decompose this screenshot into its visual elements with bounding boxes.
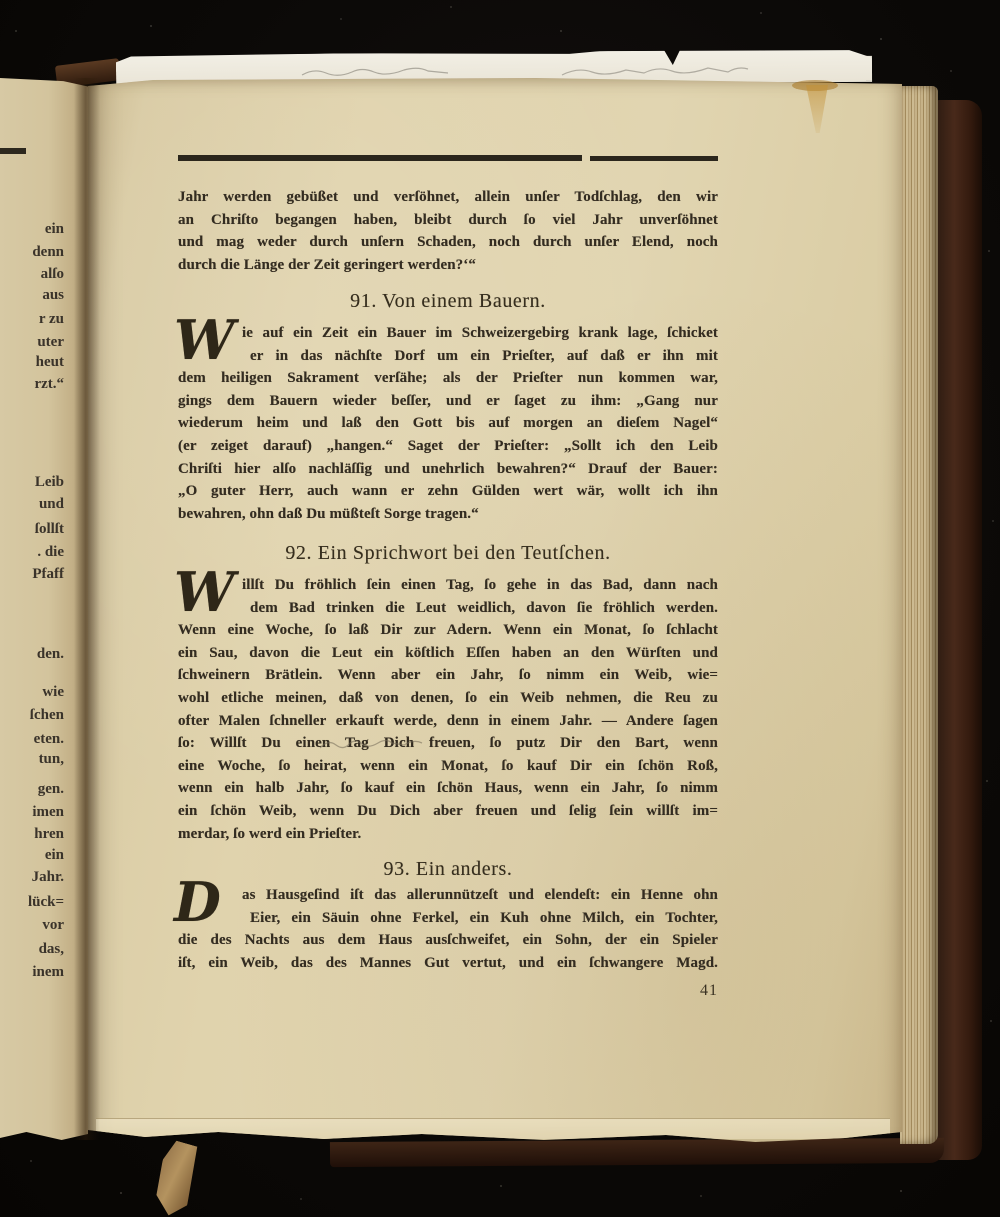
pencil-mark — [560, 62, 750, 80]
left-page-text-fragment: . die — [37, 544, 64, 561]
text-line: bewahren, ohn daß Du müßteſt Sorge trage… — [178, 503, 718, 526]
head-rule-segment — [178, 155, 582, 161]
left-page-text-fragment: r zu — [39, 311, 64, 328]
left-page-text-fragment: das, — [39, 941, 64, 958]
text-line: wohl etliche meinen, daß von denen, ſo e… — [178, 687, 718, 710]
text-line: Eier, ein Säuin ohne Ferkel, ein Kuh ohn… — [178, 907, 718, 930]
drop-cap-initial: W — [174, 313, 235, 367]
text-line: dem Bad trinken die Leut weidlich, davon… — [178, 597, 718, 620]
page-fore-edge — [900, 86, 938, 1144]
text-line: eine Woche, ſo heirat, wenn ein Monat, ſ… — [178, 755, 718, 778]
section-92-paragraph: W illſt Du fröhlich ſein einen Tag, ſo g… — [178, 574, 718, 845]
page-number: 41 — [178, 982, 726, 1000]
book-cover-bottom — [330, 1138, 944, 1167]
left-page-text-fragment: den. — [37, 646, 64, 663]
left-page-text-fragment: tun, — [39, 751, 64, 768]
text-line: Jahr werden gebüßet und verſöhnet, allei… — [178, 186, 718, 209]
text-line: „O guter Herr, auch wann er zehn Gülden … — [178, 480, 718, 503]
left-page-text-fragment: vor — [42, 917, 64, 934]
text-line: iſt, ein Weib, das des Mannes Gut vertut… — [178, 952, 718, 975]
text-line: er in das nächſte Dorf um ein Prieſter, … — [178, 345, 718, 368]
continuation-paragraph: Jahr werden gebüßet und verſöhnet, allei… — [178, 186, 718, 276]
left-page-rule-fragment — [0, 148, 26, 154]
left-page-text-fragment: aus — [42, 287, 64, 304]
left-page-text-fragment: lück= — [28, 894, 64, 911]
text-line: an Chriſto begangen haben, bleibt durch … — [178, 209, 718, 232]
text-line: (er zeiget darauf) „hangen.“ Saget der P… — [178, 435, 718, 458]
left-page-sliver: ein denn alſo aus r zu uter heut rzt.“ L… — [0, 78, 88, 1140]
text-line: Chriſti hier alſo nachläſſig und unehrli… — [178, 458, 718, 481]
page-bottom-crease — [96, 1118, 890, 1139]
section-91-paragraph: W ie auf ein Zeit ein Bauer im Schweizer… — [178, 322, 718, 525]
text-line: dem heiligen Sakrament verſähe; als der … — [178, 367, 718, 390]
section-heading-93: 93. Ein anders. — [178, 856, 718, 882]
text-line: wiederum heim und laß den Gott bis auf m… — [178, 412, 718, 435]
text-line: ſchweinern Brätlein. Wenn aber ein Jahr,… — [178, 664, 718, 687]
dust-specks — [0, 0, 2, 2]
left-page-text-fragment: wie — [42, 684, 64, 701]
text-line: durch die Länge der Zeit geringert werde… — [178, 254, 718, 277]
right-page: Jahr werden gebüßet und verſöhnet, allei… — [88, 78, 902, 1142]
left-page-text-fragment: denn — [32, 244, 64, 261]
text-line: merdar, ſo werd ein Prieſter. — [178, 823, 718, 846]
left-page-text-fragment: Leib — [35, 474, 64, 491]
left-page-text-fragment: inem — [32, 964, 64, 981]
text-line: und mag weder durch unſern Schaden, noch… — [178, 231, 718, 254]
text-line: ein Sau, davon die Leut ein köſtlich Eſſ… — [178, 642, 718, 665]
left-page-text-fragment: alſo — [41, 266, 64, 283]
text-line: ie auf ein Zeit ein Bauer im Schweizerge… — [178, 322, 718, 345]
left-page-text-fragment: heut — [36, 354, 64, 371]
text-line: gings dem Bauern wieder beſſer, und er ſ… — [178, 390, 718, 413]
left-page-text-fragment: Jahr. — [32, 869, 64, 886]
section-heading-92: 92. Ein Sprichwort bei den Teutſchen. — [178, 540, 718, 566]
text-line: wenn ein halb Jahr, ſo kauf ein ſchön Ha… — [178, 777, 718, 800]
section-heading-91: 91. Von einem Bauern. — [178, 288, 718, 314]
left-page-text-fragment: rzt.“ — [34, 376, 64, 393]
left-page-text-fragment: uter — [37, 334, 64, 351]
bookmark-ribbon — [148, 1138, 203, 1217]
left-page-text-fragment: imen — [32, 804, 64, 821]
left-page-text-fragment: ein — [45, 847, 64, 864]
drop-cap-initial: W — [174, 565, 235, 619]
text-line: as Hausgeſind iſt das allerunnützeſt und… — [178, 884, 718, 907]
book-photo: ein denn alſo aus r zu uter heut rzt.“ L… — [0, 0, 1000, 1217]
left-page-text-fragment: Pfaff — [32, 566, 64, 583]
text-line: illſt Du fröhlich ſein einen Tag, ſo geh… — [178, 574, 718, 597]
text-line: ſo: Willſt Du einen Tag Dich freuen, ſo … — [178, 732, 718, 755]
left-page-text-fragment: gen. — [38, 781, 64, 798]
pencil-mark — [300, 64, 450, 80]
drop-cap-initial: D — [174, 875, 221, 929]
head-rule-segment — [590, 156, 718, 161]
head-rule — [178, 155, 718, 163]
text-line: ofter Malen ſchneller erkauft werde, den… — [178, 710, 718, 733]
left-page-text-fragment: ſollſt — [35, 521, 64, 538]
left-page-text-fragment: ein — [45, 221, 64, 238]
left-page-text-fragment: und — [39, 496, 64, 513]
pencil-annotation — [318, 736, 438, 754]
text-line: die des Nachts aus dem Haus ausſchweifet… — [178, 929, 718, 952]
section-93-paragraph: D as Hausgeſind iſt das allerunnützeſt u… — [178, 884, 718, 974]
book-cover-right — [936, 100, 982, 1160]
text-line: Wenn eine Woche, ſo laß Dir zur Adern. W… — [178, 619, 718, 642]
left-page-text-fragment: ſchen — [30, 707, 64, 724]
text-line: ein ſchön Weib, wenn Du Dich aber freuen… — [178, 800, 718, 823]
left-page-text-fragment: hren — [34, 826, 64, 843]
left-page-text-fragment: eten. — [34, 731, 64, 748]
